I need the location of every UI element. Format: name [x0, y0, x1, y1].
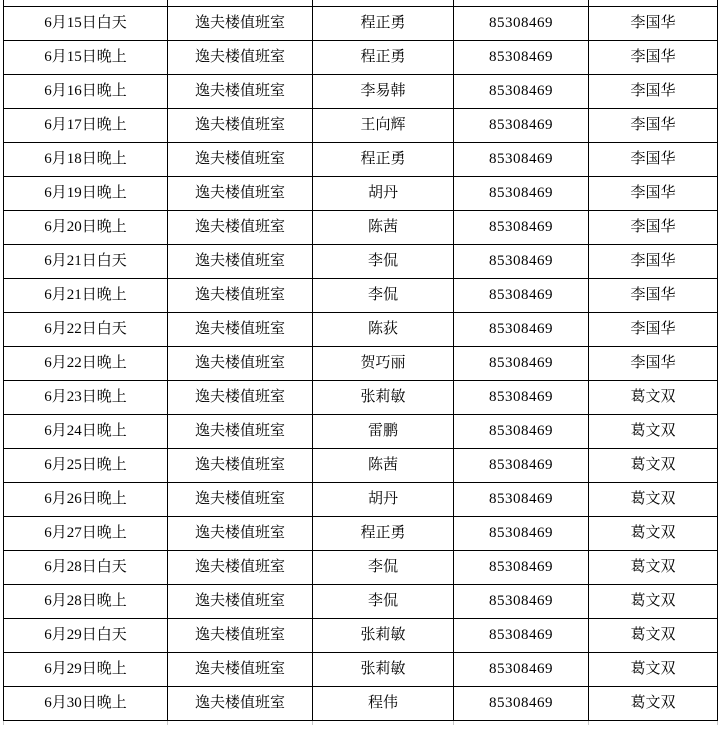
- cell-supervisor: 李国华: [589, 245, 718, 279]
- duty-table-body: 6月15日白天 逸夫楼值班室 程正勇 85308469 李国华 6月15日晚上 …: [4, 0, 718, 725]
- table-row: 6月16日晚上 逸夫楼值班室 李易韩 85308469 李国华: [4, 75, 718, 109]
- cell-duty-room: 逸夫楼值班室: [168, 585, 313, 619]
- table-row: 6月29日晚上 逸夫楼值班室 张莉敏 85308469 葛文双: [4, 653, 718, 687]
- cell-supervisor: 葛文双: [589, 483, 718, 517]
- cell-supervisor: 李国华: [589, 279, 718, 313]
- cell-phone: 85308469: [454, 109, 589, 143]
- table-row: 6月27日晚上 逸夫楼值班室 程正勇 85308469 葛文双: [4, 517, 718, 551]
- cell-supervisor: 李国华: [589, 41, 718, 75]
- table-row: 6月17日晚上 逸夫楼值班室 王向辉 85308469 李国华: [4, 109, 718, 143]
- cell-person-name: 李侃: [313, 551, 454, 585]
- cell-phone: 85308469: [454, 449, 589, 483]
- cell-supervisor: 葛文双: [589, 687, 718, 721]
- cell-duty-room: 逸夫楼值班室: [168, 245, 313, 279]
- cell-person-name: 陈茜: [313, 211, 454, 245]
- cell-date-shift: 6月25日晚上: [4, 449, 168, 483]
- cell-date-shift: 6月28日白天: [4, 551, 168, 585]
- cell-person-name: 程正勇: [313, 143, 454, 177]
- table-row: 6月15日白天 逸夫楼值班室 程正勇 85308469 李国华: [4, 7, 718, 41]
- cell-supervisor: 李国华: [589, 143, 718, 177]
- cell-date-shift: 6月22日晚上: [4, 347, 168, 381]
- cell-supervisor: 李国华: [589, 75, 718, 109]
- cell-supervisor: 葛文双: [589, 415, 718, 449]
- cell-phone: 85308469: [454, 41, 589, 75]
- cell-person-name: 张莉敏: [313, 653, 454, 687]
- cell-supervisor: 葛文双: [589, 517, 718, 551]
- cell-phone: 85308469: [454, 313, 589, 347]
- cell-person-name: 李易韩: [313, 75, 454, 109]
- cell-phone: 85308469: [454, 7, 589, 41]
- cell-duty-room: 逸夫楼值班室: [168, 483, 313, 517]
- cell-phone: 85308469: [454, 653, 589, 687]
- cell-person-name: 雷鹏: [313, 415, 454, 449]
- cell-duty-room: 逸夫楼值班室: [168, 653, 313, 687]
- cell-date-shift: 6月30日晚上: [4, 687, 168, 721]
- cell-person-name: 胡丹: [313, 177, 454, 211]
- cell-duty-room: 逸夫楼值班室: [168, 619, 313, 653]
- table-row: 6月19日晚上 逸夫楼值班室 胡丹 85308469 李国华: [4, 177, 718, 211]
- table-row: 6月22日晚上 逸夫楼值班室 贺巧丽 85308469 李国华: [4, 347, 718, 381]
- cell-date-shift: 6月28日晚上: [4, 585, 168, 619]
- table-row: 6月20日晚上 逸夫楼值班室 陈茜 85308469 李国华: [4, 211, 718, 245]
- cell-date-shift: 6月15日晚上: [4, 41, 168, 75]
- cell-date-shift: 6月23日晚上: [4, 381, 168, 415]
- cell-date-shift: 6月16日晚上: [4, 75, 168, 109]
- cell-duty-room: 逸夫楼值班室: [168, 211, 313, 245]
- cell-person-name: 程正勇: [313, 517, 454, 551]
- cut-cell: [168, 721, 313, 726]
- table-row: 6月21日晚上 逸夫楼值班室 李侃 85308469 李国华: [4, 279, 718, 313]
- cell-duty-room: 逸夫楼值班室: [168, 41, 313, 75]
- cell-duty-room: 逸夫楼值班室: [168, 75, 313, 109]
- cell-duty-room: 逸夫楼值班室: [168, 347, 313, 381]
- cell-date-shift: 6月29日晚上: [4, 653, 168, 687]
- cell-phone: 85308469: [454, 551, 589, 585]
- table-row: 6月29日白天 逸夫楼值班室 张莉敏 85308469 葛文双: [4, 619, 718, 653]
- cell-person-name: 胡丹: [313, 483, 454, 517]
- cell-person-name: 程伟: [313, 687, 454, 721]
- cell-supervisor: 李国华: [589, 313, 718, 347]
- cell-person-name: 陈荻: [313, 313, 454, 347]
- cell-supervisor: 葛文双: [589, 619, 718, 653]
- cell-date-shift: 6月15日白天: [4, 7, 168, 41]
- cell-phone: 85308469: [454, 177, 589, 211]
- cell-person-name: 李侃: [313, 585, 454, 619]
- cell-person-name: 张莉敏: [313, 619, 454, 653]
- cell-supervisor: 葛文双: [589, 449, 718, 483]
- cell-duty-room: 逸夫楼值班室: [168, 381, 313, 415]
- cell-duty-room: 逸夫楼值班室: [168, 109, 313, 143]
- table-row: 6月18日晚上 逸夫楼值班室 程正勇 85308469 李国华: [4, 143, 718, 177]
- cell-supervisor: 葛文双: [589, 381, 718, 415]
- cell-person-name: 贺巧丽: [313, 347, 454, 381]
- cut-cell: [454, 721, 589, 726]
- cell-person-name: 陈茜: [313, 449, 454, 483]
- cell-duty-room: 逸夫楼值班室: [168, 177, 313, 211]
- cell-date-shift: 6月19日晚上: [4, 177, 168, 211]
- cell-phone: 85308469: [454, 517, 589, 551]
- cell-supervisor: 李国华: [589, 177, 718, 211]
- table-row: 6月25日晚上 逸夫楼值班室 陈茜 85308469 葛文双: [4, 449, 718, 483]
- cell-phone: 85308469: [454, 245, 589, 279]
- cell-phone: 85308469: [454, 619, 589, 653]
- cell-phone: 85308469: [454, 75, 589, 109]
- cell-phone: 85308469: [454, 415, 589, 449]
- document-page: 6月15日白天 逸夫楼值班室 程正勇 85308469 李国华 6月15日晚上 …: [3, 0, 718, 725]
- table-row: 6月30日晚上 逸夫楼值班室 程伟 85308469 葛文双: [4, 687, 718, 721]
- cell-date-shift: 6月21日晚上: [4, 279, 168, 313]
- cell-person-name: 王向辉: [313, 109, 454, 143]
- cell-date-shift: 6月20日晚上: [4, 211, 168, 245]
- cell-date-shift: 6月17日晚上: [4, 109, 168, 143]
- table-row: 6月26日晚上 逸夫楼值班室 胡丹 85308469 葛文双: [4, 483, 718, 517]
- cut-cell: [4, 721, 168, 726]
- cell-date-shift: 6月22日白天: [4, 313, 168, 347]
- cell-phone: 85308469: [454, 143, 589, 177]
- cell-phone: 85308469: [454, 483, 589, 517]
- cell-duty-room: 逸夫楼值班室: [168, 279, 313, 313]
- cell-date-shift: 6月24日晚上: [4, 415, 168, 449]
- cell-date-shift: 6月29日白天: [4, 619, 168, 653]
- cell-person-name: 程正勇: [313, 7, 454, 41]
- cell-date-shift: 6月21日白天: [4, 245, 168, 279]
- cell-date-shift: 6月18日晚上: [4, 143, 168, 177]
- table-row: 6月28日晚上 逸夫楼值班室 李侃 85308469 葛文双: [4, 585, 718, 619]
- cell-phone: 85308469: [454, 585, 589, 619]
- cell-phone: 85308469: [454, 279, 589, 313]
- cell-date-shift: 6月26日晚上: [4, 483, 168, 517]
- cell-person-name: 程正勇: [313, 41, 454, 75]
- cell-person-name: 张莉敏: [313, 381, 454, 415]
- table-row: 6月21日白天 逸夫楼值班室 李侃 85308469 李国华: [4, 245, 718, 279]
- cell-duty-room: 逸夫楼值班室: [168, 7, 313, 41]
- cut-cell: [589, 721, 718, 726]
- cell-supervisor: 李国华: [589, 347, 718, 381]
- cell-supervisor: 李国华: [589, 109, 718, 143]
- cut-off-row-bottom: [4, 721, 718, 726]
- table-row: 6月24日晚上 逸夫楼值班室 雷鹏 85308469 葛文双: [4, 415, 718, 449]
- cell-phone: 85308469: [454, 687, 589, 721]
- cut-cell: [313, 721, 454, 726]
- cell-supervisor: 葛文双: [589, 551, 718, 585]
- cell-person-name: 李侃: [313, 279, 454, 313]
- table-row: 6月28日白天 逸夫楼值班室 李侃 85308469 葛文双: [4, 551, 718, 585]
- page-background: { "colors": { "background": "#ffffff", "…: [0, 0, 722, 741]
- cell-supervisor: 李国华: [589, 211, 718, 245]
- cell-phone: 85308469: [454, 381, 589, 415]
- cell-date-shift: 6月27日晚上: [4, 517, 168, 551]
- cell-duty-room: 逸夫楼值班室: [168, 143, 313, 177]
- cell-supervisor: 葛文双: [589, 653, 718, 687]
- cell-duty-room: 逸夫楼值班室: [168, 313, 313, 347]
- cell-duty-room: 逸夫楼值班室: [168, 517, 313, 551]
- cell-phone: 85308469: [454, 211, 589, 245]
- table-row: 6月23日晚上 逸夫楼值班室 张莉敏 85308469 葛文双: [4, 381, 718, 415]
- cell-duty-room: 逸夫楼值班室: [168, 687, 313, 721]
- cell-duty-room: 逸夫楼值班室: [168, 551, 313, 585]
- cell-person-name: 李侃: [313, 245, 454, 279]
- cell-duty-room: 逸夫楼值班室: [168, 415, 313, 449]
- duty-schedule-table: 6月15日白天 逸夫楼值班室 程正勇 85308469 李国华 6月15日晚上 …: [3, 0, 718, 725]
- cell-duty-room: 逸夫楼值班室: [168, 449, 313, 483]
- table-row: 6月22日白天 逸夫楼值班室 陈荻 85308469 李国华: [4, 313, 718, 347]
- table-row: 6月15日晚上 逸夫楼值班室 程正勇 85308469 李国华: [4, 41, 718, 75]
- cell-supervisor: 李国华: [589, 7, 718, 41]
- cell-phone: 85308469: [454, 347, 589, 381]
- cell-supervisor: 葛文双: [589, 585, 718, 619]
